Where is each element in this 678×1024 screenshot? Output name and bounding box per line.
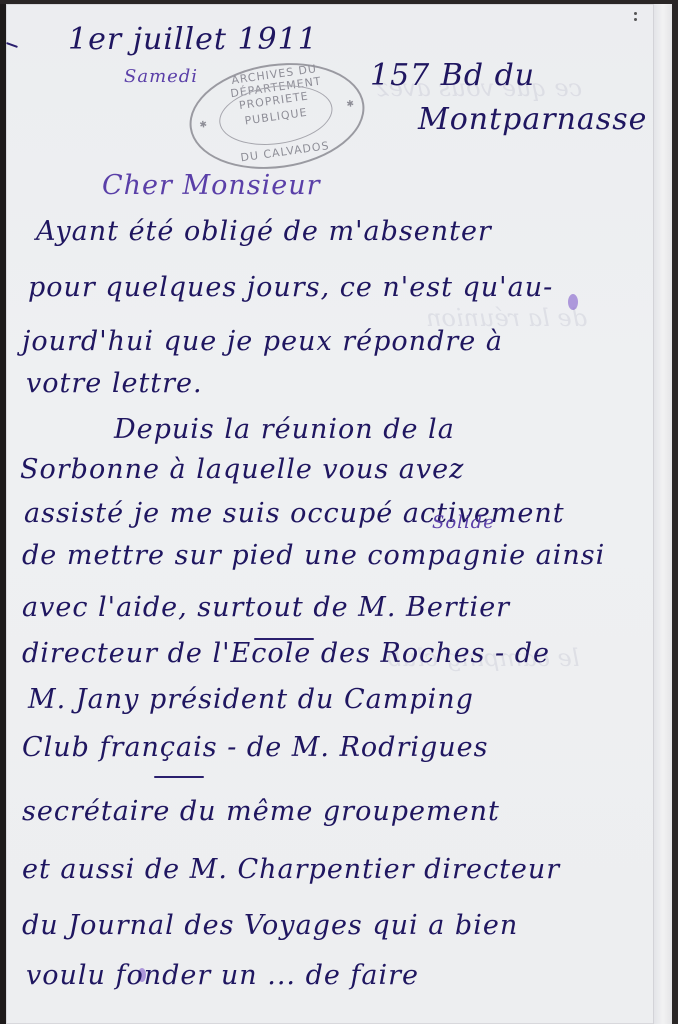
address-line-1: 157 Bd du	[370, 58, 535, 93]
interlinear-insertion: Solide	[432, 512, 495, 533]
body-line: votre lettre.	[26, 368, 203, 399]
body-line: directeur de l'Ecole des Roches - de	[22, 638, 550, 669]
body-line: avec l'aide, surtout de M. Bertier	[22, 592, 510, 623]
letter-date: 1er juillet 1911	[68, 22, 318, 57]
page-fold-edge	[653, 4, 672, 1024]
body-line: pour quelques jours, ce n'est qu'au-	[28, 272, 553, 303]
archive-stamp: ARCHIVES DU DÉPARTEMENT PROPRIETE PUBLIQ…	[183, 52, 372, 179]
body-line: Club français - de M. Rodrigues	[22, 732, 489, 763]
corner-mark	[634, 12, 637, 15]
body-line: Sorbonne à laquelle vous avez	[20, 454, 464, 485]
page-left-edge	[0, 4, 6, 1024]
body-line: et aussi de M. Charpentier directeur	[22, 854, 560, 885]
body-line: Depuis la réunion de la	[114, 414, 455, 445]
address-line-2: Montparnasse	[418, 102, 647, 137]
corner-mark	[634, 18, 637, 21]
ink-smudge	[568, 294, 578, 310]
stamp-star-icon: ✱	[199, 120, 208, 131]
body-line: de mettre sur pied une compagnie ainsi	[22, 540, 605, 571]
body-line: M. Jany président du Camping	[28, 684, 474, 715]
salutation: Cher Monsieur	[102, 170, 321, 201]
body-line: secrétaire du même groupement	[22, 796, 500, 827]
underline-mark	[154, 776, 204, 778]
letter-page: ce que vous avez de la réunion le campin…	[6, 4, 672, 1024]
body-line: Ayant été obligé de m'absenter	[36, 216, 492, 247]
margin-mark	[6, 42, 18, 48]
letter-day: Samedi	[124, 66, 198, 87]
body-line: du Journal des Voyages qui a bien	[22, 910, 518, 941]
stamp-star-icon: ✱	[346, 99, 355, 110]
body-line: jourd'hui que je peux répondre à	[22, 326, 503, 357]
body-line: voulu fonder un ... de faire	[26, 960, 419, 991]
